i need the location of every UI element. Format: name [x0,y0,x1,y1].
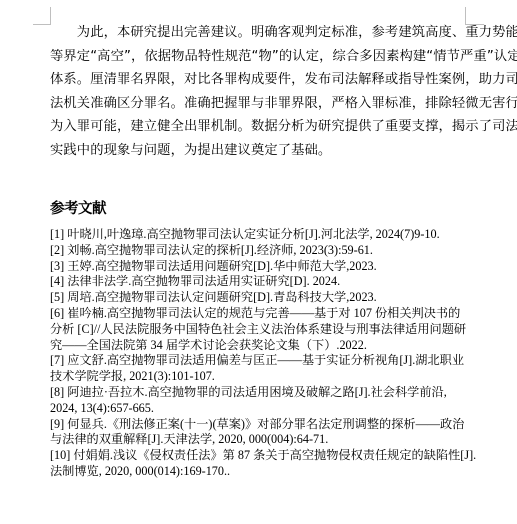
reference-line: [2] 刘畅.高空抛物罪司法认定的探析[J].经济师, 2023(3):59-6… [50,243,470,259]
reference-line: 技术学院学报, 2021(3):101-107. [50,369,470,385]
reference-line: 2024, 13(4):657-665. [50,401,470,417]
reference-line: 分析 [C]//人民法院服务中国特色社会主义法治体系建设与刑事法律适用问题研 [50,322,470,338]
reference-item: [4] 法律非法学.高空抛物罪司法适用实证研究[D]. 2024. [50,274,470,290]
references-list: [1] 叶晓川,叶逸璋.高空抛物罪司法认定实证分析[J].河北法学, 2024(… [50,227,470,480]
reference-line: [5] 周培.高空抛物罪司法认定问题研究[D].青岛科技大学,2023. [50,290,470,306]
reference-line: [4] 法律非法学.高空抛物罪司法适用实证研究[D]. 2024. [50,274,470,290]
reference-item: [2] 刘畅.高空抛物罪司法认定的探析[J].经济师, 2023(3):59-6… [50,243,470,259]
reference-item: [8] 阿迪拉·吾拉木.高空抛物罪的司法适用困境及破解之路[J].社会科学前沿,… [50,385,470,417]
reference-item: [7] 应文舒.高空抛物罪司法适用偏差与匡正——基于实证分析视角[J].湖北职业… [50,353,470,385]
paragraph-line: 等界定“高空”，依据物品特性规范“物”的认定，综合多因素构建“情节严重”认定 [50,45,465,69]
reference-line: [9] 何显兵.《刑法修正案(十一)(草案)》对部分罪名法定刑调整的探析——政治 [50,417,470,433]
reference-item: [5] 周培.高空抛物罪司法认定问题研究[D].青岛科技大学,2023. [50,290,470,306]
reference-item: [10] 付娟娟.浅议《侵权责任法》第 87 条关于高空抛物侵权责任规定的缺陷性… [50,448,470,480]
paragraph-line: 为此，本研究提出完善建议。明确客观判定标准，参考建筑高度、重力势能 [50,21,465,45]
page-corner-mark-top-left [33,7,51,25]
reference-item: [6] 崔吟楠.高空抛物罪司法认定的规范与完善——基于对 107 份相关判决书的… [50,306,470,353]
reference-line: [3] 王婷.高空抛物罪司法适用问题研究[D].华中师范大学,2023. [50,259,470,275]
paragraph-line: 实践中的现象与问题，为提出建议奠定了基础。 [50,139,465,163]
paragraph-line: 体系。厘清罪名界限，对比各罪构成要件，发布司法解释或指导性案例，助力司 [50,68,465,92]
page-corner-mark-top-right [465,7,484,25]
reference-item: [3] 王婷.高空抛物罪司法适用问题研究[D].华中师范大学,2023. [50,259,470,275]
reference-line: [6] 崔吟楠.高空抛物罪司法认定的规范与完善——基于对 107 份相关判决书的 [50,306,470,322]
references-heading: 参考文献 [50,197,106,218]
reference-line: [7] 应文舒.高空抛物罪司法适用偏差与匡正——基于实证分析视角[J].湖北职业 [50,353,470,369]
paragraph-line: 法机关准确区分罪名。准确把握罪与非罪界限，严格入罪标准，排除轻微无害行 [50,92,465,116]
reference-line: [1] 叶晓川,叶逸璋.高空抛物罪司法认定实证分析[J].河北法学, 2024(… [50,227,470,243]
reference-line: [8] 阿迪拉·吾拉木.高空抛物罪的司法适用困境及破解之路[J].社会科学前沿, [50,385,470,401]
reference-item: [1] 叶晓川,叶逸璋.高空抛物罪司法认定实证分析[J].河北法学, 2024(… [50,227,470,243]
body-paragraph: 为此，本研究提出完善建议。明确客观判定标准，参考建筑高度、重力势能 等界定“高空… [50,21,465,163]
reference-line: [10] 付娟娟.浅议《侵权责任法》第 87 条关于高空抛物侵权责任规定的缺陷性… [50,448,470,464]
reference-line: 与法律的双重解释[J].天津法学, 2020, 000(004):64-71. [50,432,470,448]
paragraph-line: 为入罪可能，建立健全出罪机制。数据分析为研究提供了重要支撑，揭示了司法 [50,115,465,139]
reference-line: 法制博览, 2020, 000(014):169-170.. [50,464,470,480]
reference-line: 究——全国法院第 34 届学术讨论会获奖论文集（下）.2022. [50,338,470,354]
reference-item: [9] 何显兵.《刑法修正案(十一)(草案)》对部分罪名法定刑调整的探析——政治… [50,417,470,449]
